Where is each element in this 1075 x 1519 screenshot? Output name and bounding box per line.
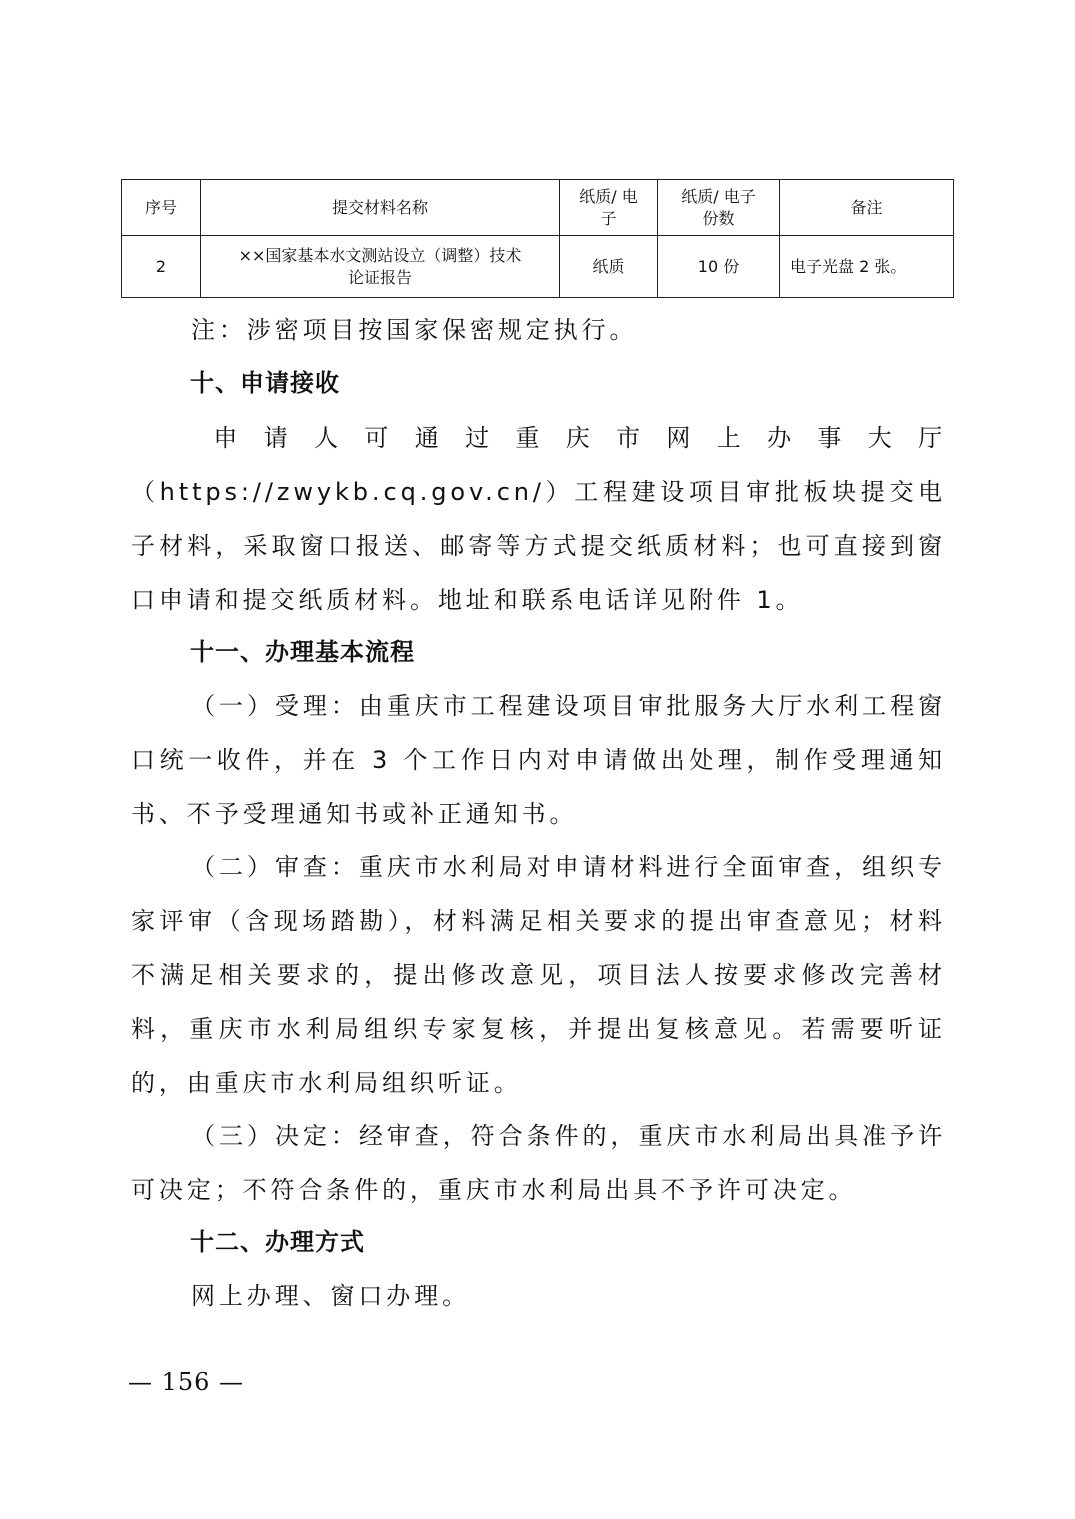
header-remark: 备注 xyxy=(780,180,954,236)
header-name: 提交材料名称 xyxy=(201,180,560,236)
section-heading-11: 十一、办理基本流程 xyxy=(190,625,415,679)
table-row: 2 ××国家基本水文测站设立（调整）技术论证报告 纸质 10 份 电子光盘 2 … xyxy=(122,236,954,298)
header-copies: 纸质/ 电子份数 xyxy=(658,180,780,236)
paragraph-acceptance: （一）受理：由重庆市工程建设项目审批服务大厅水利工程窗口统一收件，并在 3 个工… xyxy=(131,679,946,841)
note-text: 注：涉密项目按国家保密规定执行。 xyxy=(191,316,637,344)
paragraph-handling-method: 网上办理、窗口办理。 xyxy=(131,1269,946,1323)
note-paragraph: 注：涉密项目按国家保密规定执行。 xyxy=(131,303,946,357)
paragraph-review: （二）审查：重庆市水利局对申请材料进行全面审查，组织专家评审（含现场踏勘），材料… xyxy=(131,840,946,1110)
paragraph-decision-text: （三）决定：经审查，符合条件的，重庆市水利局出具准予许可决定；不符合条件的，重庆… xyxy=(131,1122,946,1204)
cell-name-line1: ××国家基本水文测站设立（调整）技术 xyxy=(239,246,522,265)
cell-remark: 电子光盘 2 张。 xyxy=(780,236,954,298)
cell-copies: 10 份 xyxy=(658,236,780,298)
section-heading-10: 十、申请接收 xyxy=(190,356,340,410)
paragraph-application-receipt-text: 申请人可通过重庆市网上办事大厅（https://zwykb.cq.gov.cn/… xyxy=(131,424,946,614)
materials-table: 序号 提交材料名称 纸质/ 电子 纸质/ 电子份数 备注 2 ××国家基本水文测… xyxy=(121,179,954,298)
cell-index: 2 xyxy=(122,236,201,298)
header-copies-line1: 纸质/ 电子 xyxy=(681,187,755,206)
header-remark-text: 备注 xyxy=(850,198,882,217)
document-page: 序号 提交材料名称 纸质/ 电子 纸质/ 电子份数 备注 2 ××国家基本水文测… xyxy=(0,0,1075,1519)
cell-name: ××国家基本水文测站设立（调整）技术论证报告 xyxy=(201,236,560,298)
paragraph-application-receipt: 申请人可通过重庆市网上办事大厅（https://zwykb.cq.gov.cn/… xyxy=(131,411,946,627)
header-copies-line2: 份数 xyxy=(702,209,734,228)
header-index: 序号 xyxy=(122,180,201,236)
paragraph-decision: （三）决定：经审查，符合条件的，重庆市水利局出具准予许可决定；不符合条件的，重庆… xyxy=(131,1109,946,1217)
cell-format: 纸质 xyxy=(560,236,658,298)
header-format: 纸质/ 电子 xyxy=(560,180,658,236)
section-heading-12: 十二、办理方式 xyxy=(190,1215,365,1269)
header-format-line2: 子 xyxy=(600,209,616,228)
paragraph-handling-method-text: 网上办理、窗口办理。 xyxy=(191,1282,470,1310)
paragraph-acceptance-text: （一）受理：由重庆市工程建设项目审批服务大厅水利工程窗口统一收件，并在 3 个工… xyxy=(131,692,946,828)
page-number: — 156 — xyxy=(128,1368,244,1396)
paragraph-review-text: （二）审查：重庆市水利局对申请材料进行全面审查，组织专家评审（含现场踏勘），材料… xyxy=(131,853,946,1097)
table-header-row: 序号 提交材料名称 纸质/ 电子 纸质/ 电子份数 备注 xyxy=(122,180,954,236)
header-name-text: 提交材料名称 xyxy=(332,198,428,217)
header-index-text: 序号 xyxy=(145,198,177,217)
header-format-line1: 纸质/ 电 xyxy=(579,187,637,206)
cell-name-line2: 论证报告 xyxy=(348,268,412,287)
